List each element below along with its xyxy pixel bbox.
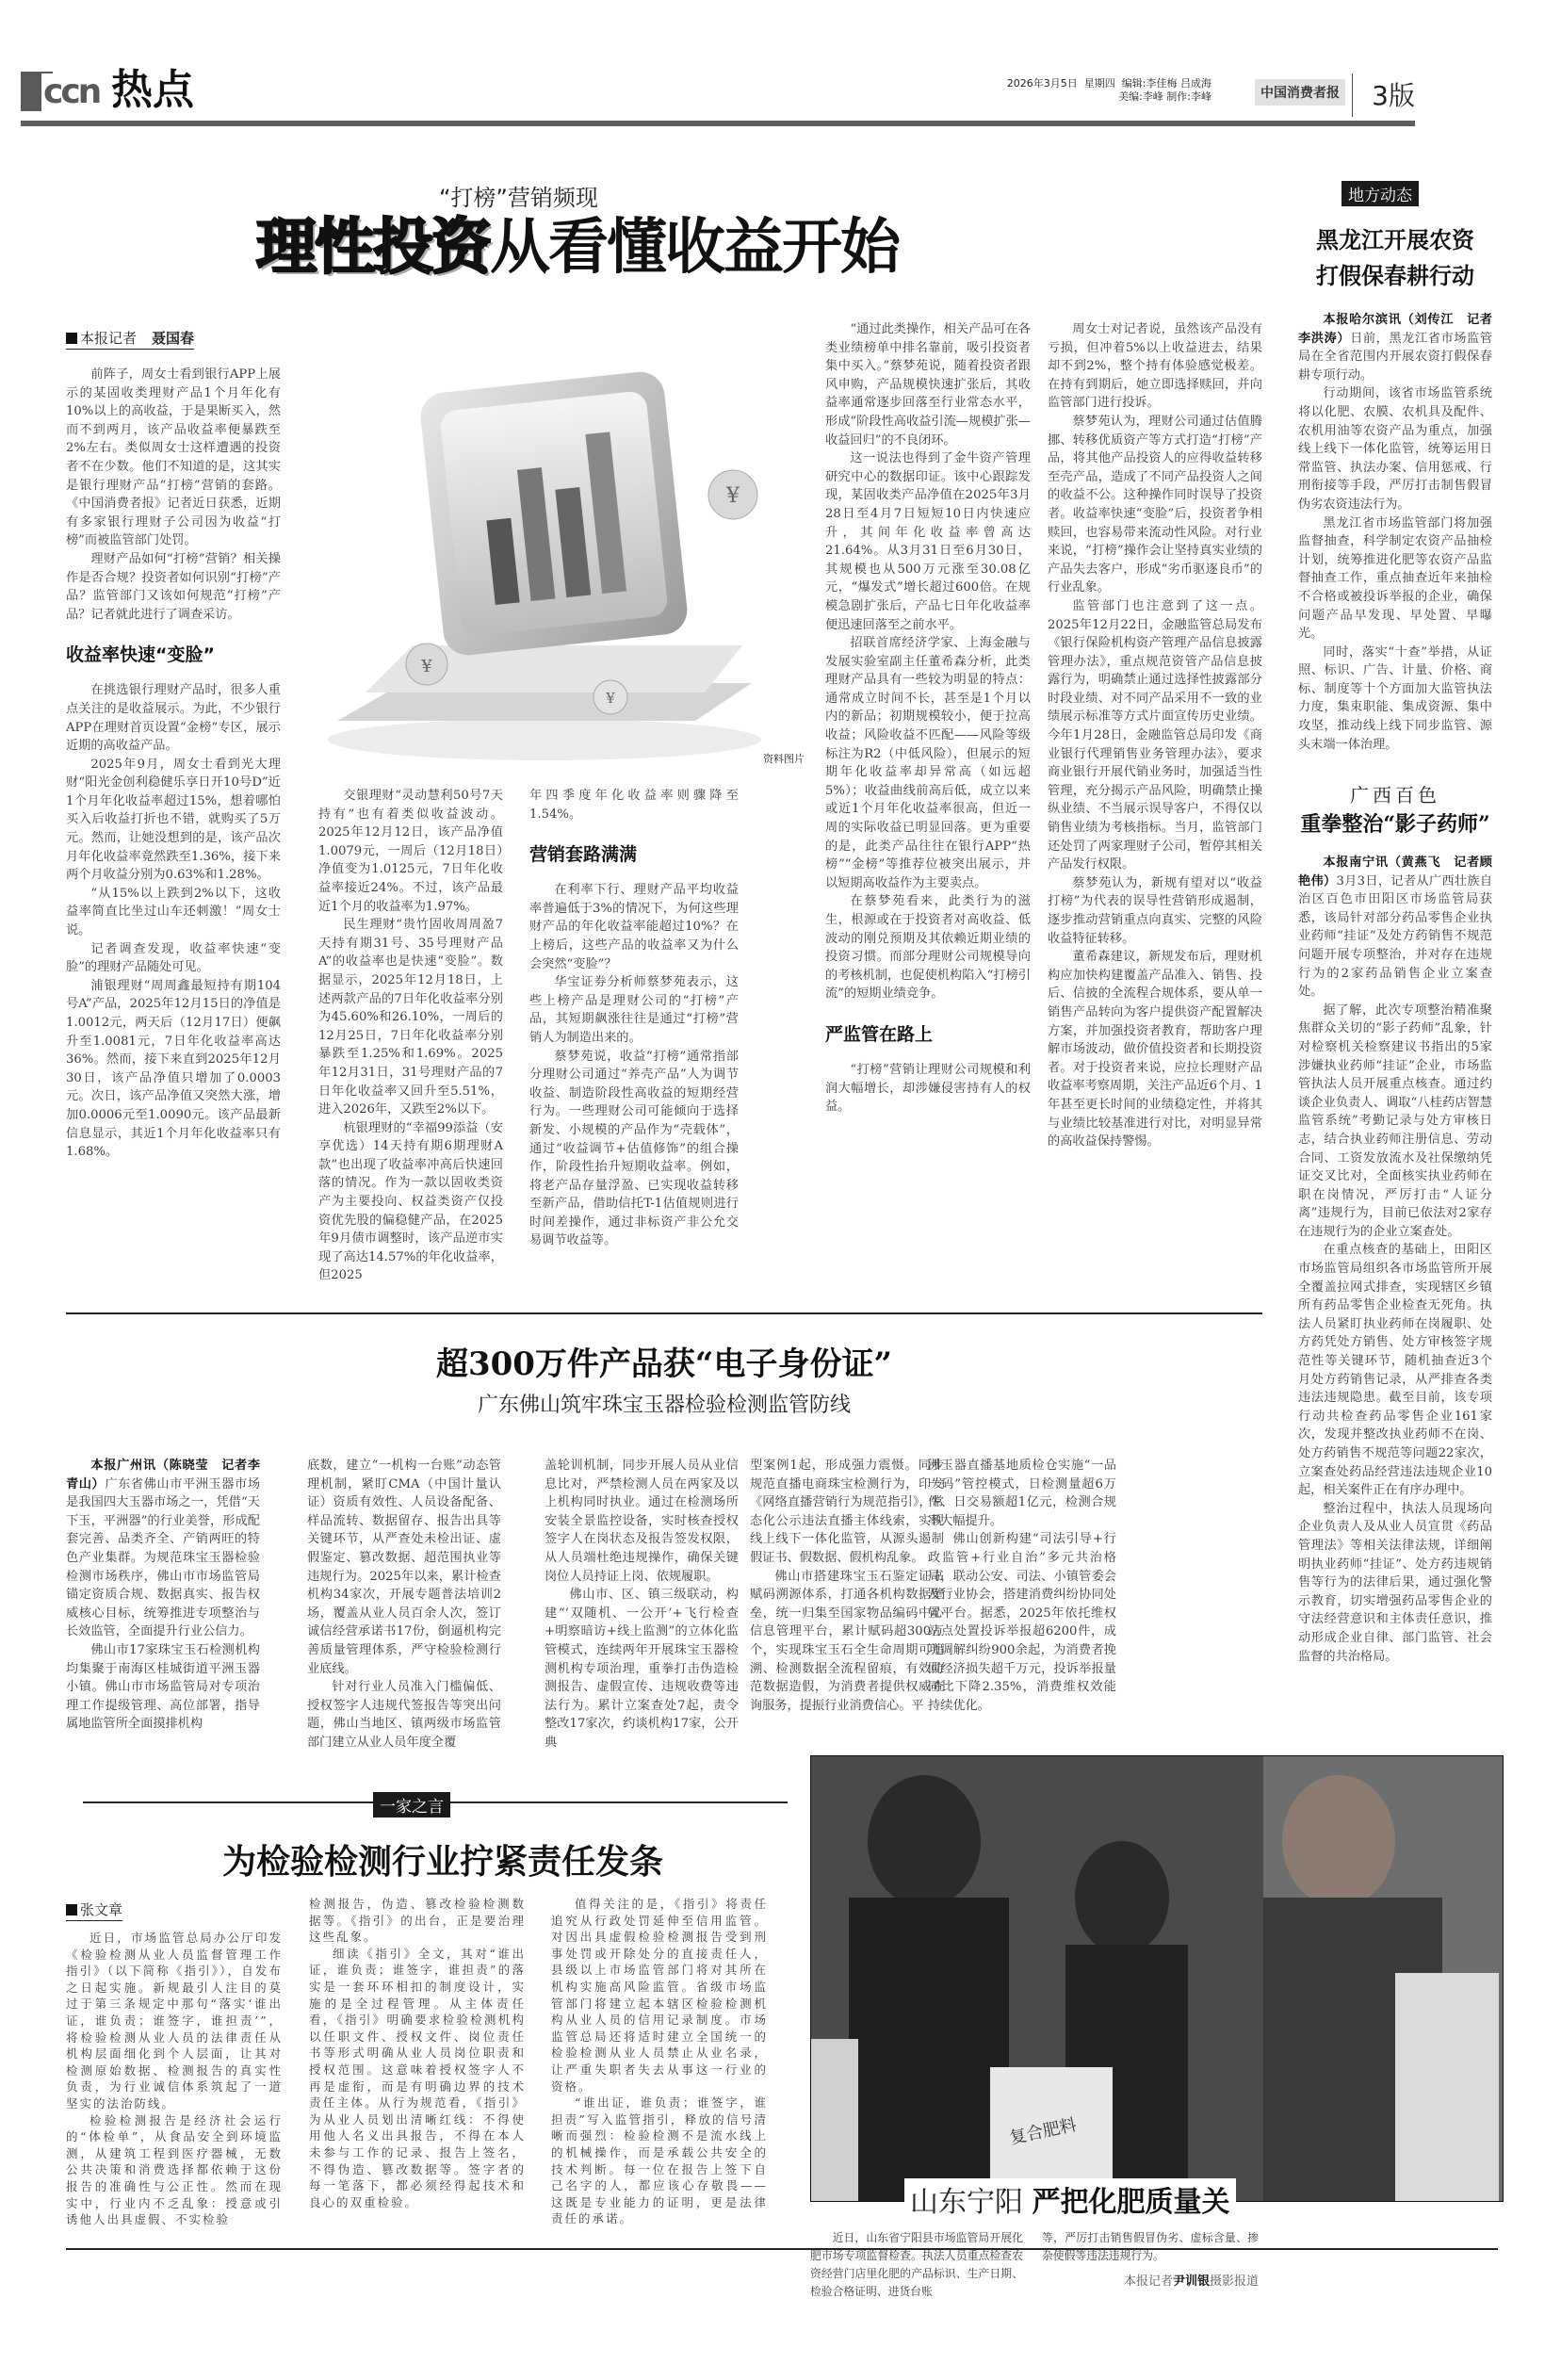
lead-column-2: 交银理财“灵动慧利50号7天持有”也有着类似收益波动。2025年12月12日，该… xyxy=(318,787,503,1285)
paragraph: 董希森建议，新规发布后，理财机构应加快构建覆盖产品准入、销售、投后、信披的全流程… xyxy=(1048,948,1262,1151)
opinion-rule-left xyxy=(83,1801,413,1803)
paragraph: 细读《指引》全文，其对“谁出证，谁负责；谁签字，谁担责”的落实是一套环环相扣的制… xyxy=(309,1946,526,2211)
paragraph-text: 3月3日，记者从广西壮族自治区百色市田阳区市场监管局获悉，该局针对部分药品零售企… xyxy=(1298,874,1492,1000)
credit-suffix: 摄影报道 xyxy=(1210,2274,1259,2289)
masthead-divider xyxy=(1352,73,1353,117)
second-subheadline: 广东佛山筑牢珠宝玉器检验检测监管防线 xyxy=(66,1389,1262,1418)
paragraph-text: 广东省佛山市平洲玉器市场是我国四大玉器市场之一，凭借“天下玉，平洲器”的行业美誉… xyxy=(66,1477,260,1639)
paragraph: 佛山市搭建珠宝玉石鉴定证书赋码溯源体系，打通各机构数据壁垒，统一归集至国家物品编… xyxy=(750,1568,944,1716)
edition-info: 2026年3月5日 星期四 编辑:李佳梅 吕成海 美编:李峰 制作:李峰 xyxy=(1007,77,1211,104)
paragraph: 蔡梦苑认为，理财公司通过估值腾挪、转移优质资产等方式打造“打榜”产品，将其他产品… xyxy=(1048,413,1262,597)
second-column-3: 盖轮训机制，同步开展人员从业信息比对，严禁检测人员在两家及以上机构同时执业。通过… xyxy=(545,1457,739,1752)
sidebar-story2-kicker: 广西百色 xyxy=(1298,780,1492,807)
paragraph: 华宝证券分析师蔡梦苑表示，这些上榜产品是理财公司的“打榜”产品，其短期飙涨往往是… xyxy=(529,973,739,1047)
paragraph: 民生理财“贵竹固收周周盈7天持有期31号、35号理财产品A”的收益率也是快速“变… xyxy=(318,916,503,1119)
byline-name: 张文章 xyxy=(80,1901,122,1918)
second-column-4: 型案例1起，形成强力震慑。同步规范直播电商珠宝检测行为，印发《网络直播营销行为规… xyxy=(750,1457,944,1715)
opinion-byline: 张文章 xyxy=(66,1899,122,1921)
editors: 编辑:李佳梅 吕成海 xyxy=(1122,77,1211,90)
sidebar-story1-title: 黑龙江开展农资 打假保春耕行动 xyxy=(1298,222,1492,294)
paragraph: 底数，建立“一机构一台账”动态管理机制，紧盯CMA（中国计量认证）资质有效性、人… xyxy=(307,1457,501,1678)
art-credits: 美编:李峰 制作:李峰 xyxy=(1118,90,1211,103)
masthead: CCN 热点 2026年3月5日 星期四 编辑:李佳梅 吕成海 美编:李峰 制作… xyxy=(21,60,1415,128)
paragraph: 理财产品如何“打榜”营销？相关操作是否合规？投资者如何识别“打榜”产品？监管部门… xyxy=(66,550,281,624)
paragraph: 2025年9月，周女士看到光大理财“阳光金创利稳健乐享日开10号D”近1个月年化… xyxy=(66,756,281,885)
paragraph: 年四季度年化收益率则骤降至1.54%。 xyxy=(529,787,739,823)
second-column-1: 本报广州讯（陈晓莹 记者李青山）广东省佛山市平洲玉器市场是我国四大玉器市场之一，… xyxy=(66,1457,260,1734)
lead-byline: 本报记者聂国春 xyxy=(66,328,194,350)
paragraph: 洲玉器直播基地质检仓实施“一品一码”管控模式，日检测量超6万件、日交易额超1亿元… xyxy=(928,1457,1116,1530)
paragraph: 佛山市17家珠宝玉石检测机构均集聚于南海区桂城街道平洲玉器小镇。佛山市市场监管局… xyxy=(66,1641,260,1734)
paragraph: 记者调查发现，收益率快速“变脸”的理财产品随处可见。 xyxy=(66,940,281,977)
paragraph: 据了解，此次专项整治精准聚焦群众关切的“影子药师”乱象，针对检察机关检察建议书指… xyxy=(1298,1002,1492,1242)
lead-headline: 理性投资从看懂收益开始 xyxy=(256,207,899,288)
issue-weekday: 星期四 xyxy=(1084,77,1115,90)
second-column-2: 底数，建立“一机构一台账”动态管理机制，紧盯CMA（中国计量认证）资质有效性、人… xyxy=(307,1457,501,1752)
page-number: 3版 xyxy=(1372,75,1415,113)
opinion-tag: 一家之言 xyxy=(373,1792,450,1818)
byline-name: 聂国春 xyxy=(152,330,194,347)
sidebar-tag-label: 地方动态 xyxy=(1341,181,1419,206)
lead-illustration: ¥ ¥ ¥ 资料图片 xyxy=(300,325,808,768)
opinion-headline: 为检验检测行业拧紧责任发条 xyxy=(66,1835,820,1883)
paragraph: 近日，山东省宁阳县市场监管局开展化肥市场专项监督检查。执法人员重点检查农资经营门… xyxy=(810,2229,1023,2301)
second-headline: 超300万件产品获“电子身份证” xyxy=(66,1338,1262,1384)
paragraph: 交银理财“灵动慧利50号7天持有”也有着类似收益波动。2025年12月12日，该… xyxy=(318,787,503,916)
paragraph: 在蔡梦苑看来，此类行为的滋生，根源或在于投资者对高收益、低波动的刚兑预期及其依赖… xyxy=(825,892,1031,1003)
paragraph: 监管部门也注意到了这一点。2025年12月22日，金融监管总局发布《银行保险机构… xyxy=(1048,597,1262,874)
paragraph: 同时，落实“十查”举措，从证照、标识、广告、计量、价格、商标、制度等十个方面加大… xyxy=(1298,644,1492,755)
bullet-square-icon xyxy=(66,1904,77,1915)
paragraph: “从15%以上跌到2%以下，这收益率简直比坐过山车还刺激！”周女士说。 xyxy=(66,885,281,940)
paragraph: 蔡梦苑说，收益“打榜”通常指部分理财公司通过“养壳产品”人为调节收益、制造阶段性… xyxy=(529,1048,739,1251)
paragraph: 蔡梦苑认为，新规有望对以“收益打榜”为代表的误导性营销形成遏制，逐步推动营销重点… xyxy=(1048,874,1262,948)
sidebar-story1-body: 本报哈尔滨讯（刘传江 记者李洪涛）日前，黑龙江省市场监管局在全省范围内开展农资打… xyxy=(1298,311,1492,754)
paragraph: 前阵子，周女士看到银行APP上展示的某固收类理财产品1个月年化有10%以上的高收… xyxy=(66,366,281,550)
masthead-rule xyxy=(21,121,1415,126)
paragraph: 杭银理财的“幸福99添益（安享优选）14天持有期6期理财A款”也出现了收益率冲高… xyxy=(318,1119,503,1285)
paragraph: 佛山市、区、镇三级联动，构建“‘双随机、一公开’+飞行检查+明察暗访+线上监测”… xyxy=(545,1586,739,1752)
paragraph: 佛山创新构建“司法引导+行政监管+行业自治”多元共治格局，联动公安、司法、小镇管… xyxy=(928,1530,1116,1715)
paragraph: 等，严厉打击销售假冒伪劣、虚标含量、掺杂使假等违法违规行为。 xyxy=(1042,2229,1259,2265)
lead-headline-solid: 从看懂收益开始 xyxy=(490,212,899,283)
paragraph: 针对行业人员准入门槛偏低、授权签字人违规代签报告等突出问题，佛山当地区、镇两级市… xyxy=(307,1678,501,1752)
paragraph: 浦银理财“周周鑫最短持有期104号A”产品，2025年12月15日的净值是1.0… xyxy=(66,977,281,1162)
subheading: 营销套路满满 xyxy=(529,840,739,866)
second-column-5: 洲玉器直播基地质检仓实施“一品一码”管控模式，日检测量超6万件、日交易额超1亿元… xyxy=(928,1457,1116,1715)
title-line: 打假保春耕行动 xyxy=(1298,258,1492,294)
lead-column-1: 前阵子，周女士看到银行APP上展示的某固收类理财产品1个月年化有10%以上的高收… xyxy=(66,366,281,1162)
bullet-square-icon xyxy=(66,333,77,344)
lead-column-5: 周女士对记者说，虽然该产品没有亏损，但冲着5%以上收益进去，结果却不到2%，整个… xyxy=(1048,320,1262,1151)
paper-name: 中国消费者报 xyxy=(1255,79,1345,106)
photo-credit: 本报记者尹训银摄影报道 xyxy=(1042,2271,1259,2289)
section-title: 热点 xyxy=(111,66,194,115)
sidebar-tag: 地方动态 xyxy=(1341,181,1419,206)
credit-prefix: 本报记者 xyxy=(1124,2274,1173,2289)
news-photo: 复合肥料 xyxy=(810,1755,1504,2202)
sidebar-story2-body: 本报南宁讯（黄燕飞 记者顾艳伟）3月3日，记者从广西壮族自治区百色市田阳区市场监… xyxy=(1298,854,1492,1666)
svg-text:¥: ¥ xyxy=(420,657,432,677)
paragraph: 周女士对记者说，虽然该产品没有亏损，但冲着5%以上收益进去，结果却不到2%，整个… xyxy=(1048,320,1262,413)
paragraph: 盖轮训机制，同步开展人员从业信息比对，严禁检测人员在两家及以上机构同时执业。通过… xyxy=(545,1457,739,1586)
bottom-rule xyxy=(66,2248,1498,2250)
paragraph: 在挑选银行理财产品时，很多人重点关注的是收益展示。为此，不少银行APP在理财首页… xyxy=(66,681,281,755)
paragraph: 检测报告，伪造、篡改检验检测数据等。《指引》的出台，正是要治理这些乱象。 xyxy=(309,1896,526,1946)
paragraph: 在利率下行、理财产品平均收益率普遍低于3%的情况下，为何这些理财产品的年化收益率… xyxy=(529,881,739,973)
photo-caption-column-1: 近日，山东省宁阳县市场监管局开展化肥市场专项监督检查。执法人员重点检查农资经营门… xyxy=(810,2229,1023,2301)
opinion-tag-label: 一家之言 xyxy=(373,1792,450,1818)
section-divider xyxy=(66,1312,1262,1314)
paragraph: “谁出证，谁负责；谁签字，谁担责”写入监管指引，释放的信号清晰而强烈：检验检测不… xyxy=(551,2095,768,2227)
svg-text:¥: ¥ xyxy=(725,484,740,508)
lead-column-4: “通过此类操作，相关产品可在各类业绩榜单中排名靠前，吸引投资者集中买入。”蔡梦苑… xyxy=(825,320,1031,1117)
lead-headline-outline: 理性投资 xyxy=(256,212,490,283)
lead-column-3: 年四季度年化收益率则骤降至1.54%。 营销套路满满 在利率下行、理财产品平均收… xyxy=(529,787,739,1250)
paragraph: 在重点核查的基础上，田阳区市场监管局组织各市场监管所开展全覆盖拉网式排查，实现辖… xyxy=(1298,1241,1492,1499)
paragraph: 黑龙江省市场监管部门将加强监督抽查，科学制定农资产品抽检计划，统筹推进化肥等农资… xyxy=(1298,514,1492,644)
svg-text:¥: ¥ xyxy=(605,690,615,707)
subheading: 收益率快速“变脸” xyxy=(66,641,281,666)
paragraph: 这一说法也得到了金牛资产管理研究中心的数据印证。该中心跟踪发现，某固收类产品净值… xyxy=(825,449,1031,634)
finance-chart-illustration-icon: ¥ ¥ ¥ xyxy=(300,325,808,768)
opinion-column-3: 值得关注的是，《指引》将责任追究从行政处罚延伸至信用监管。对因出具虚假检验检测报… xyxy=(551,1896,768,2227)
issue-date: 2026年3月5日 xyxy=(1007,77,1078,90)
paragraph: 检验检测报告是经济社会运行的“体检单”，从食品安全到环境监测，从建筑工程到医疗器… xyxy=(66,2112,283,2228)
ccn-logo-text: CCN xyxy=(41,73,101,111)
paragraph: 值得关注的是，《指引》将责任追究从行政处罚延伸至信用监管。对因出具虚假检验检测报… xyxy=(551,1896,768,2095)
opinion-rule-right xyxy=(450,1801,788,1803)
sidebar-story2-title: 重拳整治“影子药师” xyxy=(1298,808,1492,838)
paragraph: “通过此类操作，相关产品可在各类业绩榜单中排名靠前，吸引投资者集中买入。”蔡梦苑… xyxy=(825,320,1031,449)
paragraph: 近日，市场监管总局办公厅印发《检验检测从业人员监督管理工作指引》（以下简称《指引… xyxy=(66,1930,283,2112)
photo-caption-column-2: 等，严厉打击销售假冒伪劣、虚标含量、掺杂使假等违法违规行为。 本报记者尹训银摄影… xyxy=(1042,2229,1259,2289)
image-caption: 资料图片 xyxy=(763,751,805,766)
photo-title-light: 山东宁阳 xyxy=(910,2186,1023,2219)
paragraph: 型案例1起，形成强力震慑。同步规范直播电商珠宝检测行为，印发《网络直播营销行为规… xyxy=(750,1457,944,1568)
byline-label: 本报记者 xyxy=(80,330,137,347)
inspection-photo-icon xyxy=(811,1756,1504,2202)
paragraph: 整治过程中，执法人员现场向企业负责人及从业人员宣贯《药品管理法》等相关法律法规，… xyxy=(1298,1500,1492,1666)
opinion-column-2: 检测报告，伪造、篡改检验检测数据等。《指引》的出台，正是要治理这些乱象。 细读《… xyxy=(309,1896,526,2210)
paragraph: “打榜”营销让理财公司规模和利润大幅增长，却涉嫌侵害持有人的权益。 xyxy=(825,1061,1031,1117)
photo-title-bold: 严把化肥质量关 xyxy=(1033,2186,1230,2219)
paragraph: 行动期间，该省市场监管系统将以化肥、农膜、农机具及配件、农机用油等农资产品为重点… xyxy=(1298,384,1492,513)
subheading: 严监管在路上 xyxy=(825,1020,1031,1046)
opinion-column-1: 近日，市场监管总局办公厅印发《检验检测从业人员监督管理工作指引》（以下简称《指引… xyxy=(66,1930,283,2228)
credit-name: 尹训银 xyxy=(1173,2274,1210,2289)
paragraph: 招联首席经济学家、上海金融与发展实验室副主任董希森分析，此类理财产品具有一些较为… xyxy=(825,634,1031,892)
photo-title: 山东宁阳 严把化肥质量关 xyxy=(904,2178,1236,2220)
title-line: 黑龙江开展农资 xyxy=(1298,222,1492,258)
